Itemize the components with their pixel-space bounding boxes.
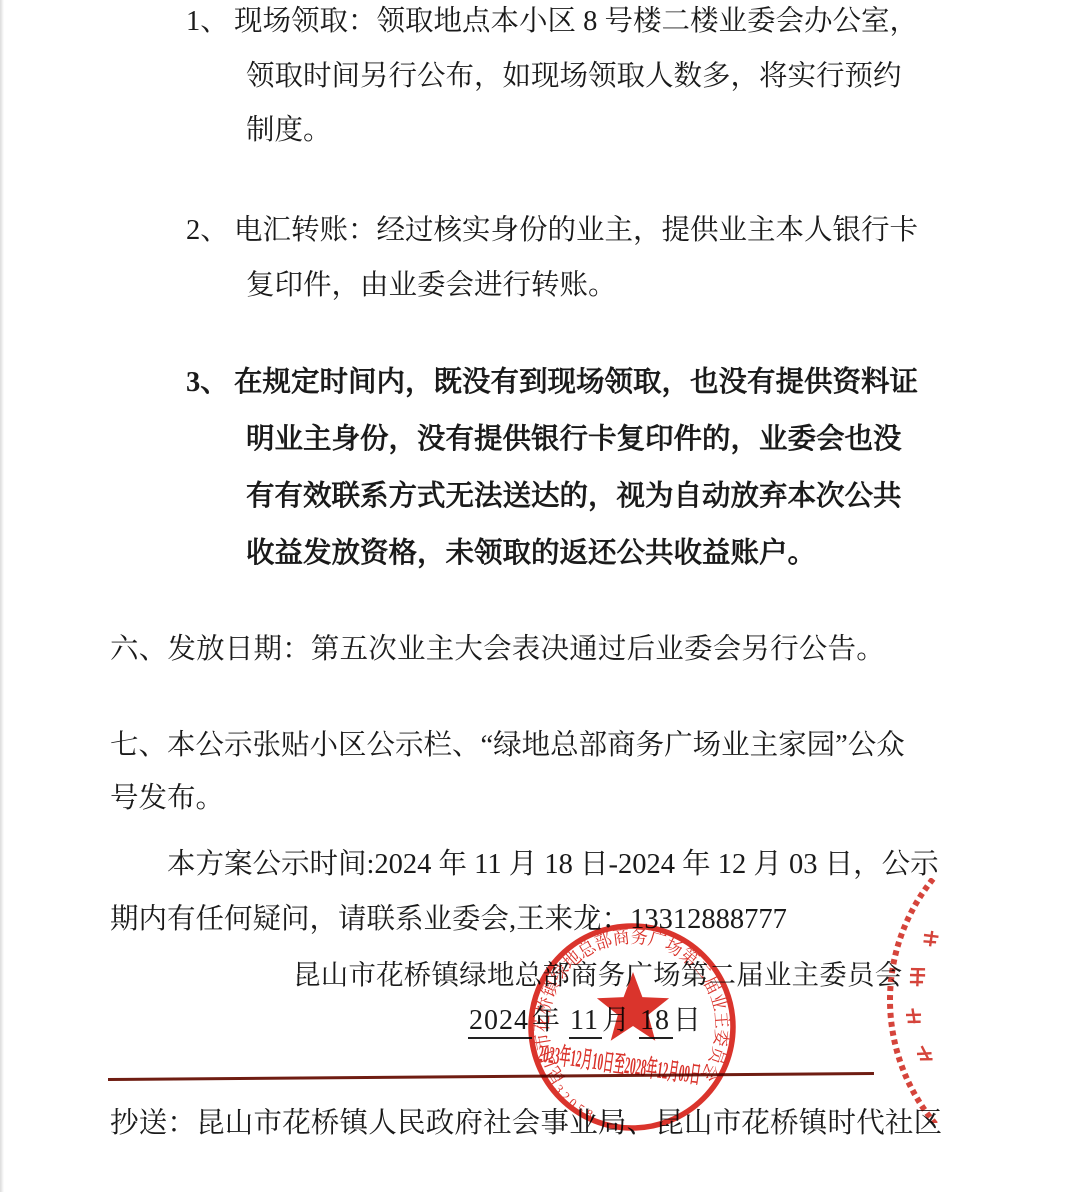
list-item-3: 3、在规定时间内，既没有到现场领取，也没有提供资料证 明业主身份，没有提供银行卡… bbox=[186, 354, 918, 582]
fragment-serrated-arc bbox=[890, 878, 1080, 1123]
list-line: 复印件，由业委会进行转账。 bbox=[246, 259, 918, 314]
seal-star-icon bbox=[597, 972, 669, 1041]
list-text: 现场领取：领取地点本小区 8 号楼二楼业委会办公室， bbox=[234, 6, 918, 37]
list-line: 有有效联系方式无法送达的，视为自动放弃本次公共 bbox=[246, 468, 918, 525]
footer-separator-line bbox=[108, 1072, 874, 1081]
list-line: 2、电汇转账：经过核实身份的业主，提供业主本人银行卡 bbox=[186, 204, 918, 259]
list-item-1: 1、现场领取：领取地点本小区 8 号楼二楼业委会办公室， 领取时间另行公布，如现… bbox=[186, 0, 918, 159]
fragment-glyph-marks bbox=[905, 929, 939, 1064]
list-number: 2、 bbox=[186, 204, 234, 259]
list-line: 领取时间另行公布，如现场领取人数多，将实行预约 bbox=[246, 50, 918, 105]
section-six: 六、发放日期：第五次业主大会表决通过后业委会另行公告。 bbox=[110, 623, 885, 678]
list-line: 3、在规定时间内，既没有到现场领取，也没有提供资料证 bbox=[186, 354, 918, 411]
list-line: 制度。 bbox=[246, 104, 918, 159]
list-line: 明业主身份，没有提供银行卡复印件的，业委会也没 bbox=[246, 411, 918, 468]
list-line: 收益发放资格，未领取的返还公共收益账户。 bbox=[246, 525, 918, 582]
edge-stamp-fragment bbox=[860, 878, 1080, 1123]
section-seven: 七、本公示张贴小区公示栏、“绿地总部商务广场业主家园”公众 号发布。 bbox=[110, 719, 905, 825]
list-number: 3、 bbox=[186, 354, 234, 411]
list-text: 在规定时间内，既没有到现场领取，也没有提供资料证 bbox=[234, 367, 918, 398]
publicity-line1: 本方案公示时间:2024 年 11 月 18 日-2024 年 12 月 03 … bbox=[110, 838, 939, 893]
section-seven-line1: 七、本公示张贴小区公示栏、“绿地总部商务广场业主家园”公众 bbox=[110, 719, 905, 772]
list-number: 1、 bbox=[186, 0, 234, 50]
list-line: 1、现场领取：领取地点本小区 8 号楼二楼业委会办公室， bbox=[186, 0, 918, 50]
seal-code-digits: 32058 bbox=[552, 1082, 599, 1123]
section-seven-line2: 号发布。 bbox=[110, 772, 905, 825]
list-item-2: 2、电汇转账：经过核实身份的业主，提供业主本人银行卡 复印件，由业委会进行转账。 bbox=[186, 204, 918, 313]
official-seal-stamp: 昆山市花桥镇绿地总部商务广场第二届业主委员会 2023年12月10日至2028年… bbox=[517, 912, 747, 1142]
scan-edge-shadow bbox=[0, 0, 4, 1192]
document-page: 1、现场领取：领取地点本小区 8 号楼二楼业委会办公室， 领取时间另行公布，如现… bbox=[0, 0, 1080, 1192]
list-text: 电汇转账：经过核实身份的业主，提供业主本人银行卡 bbox=[234, 215, 918, 246]
